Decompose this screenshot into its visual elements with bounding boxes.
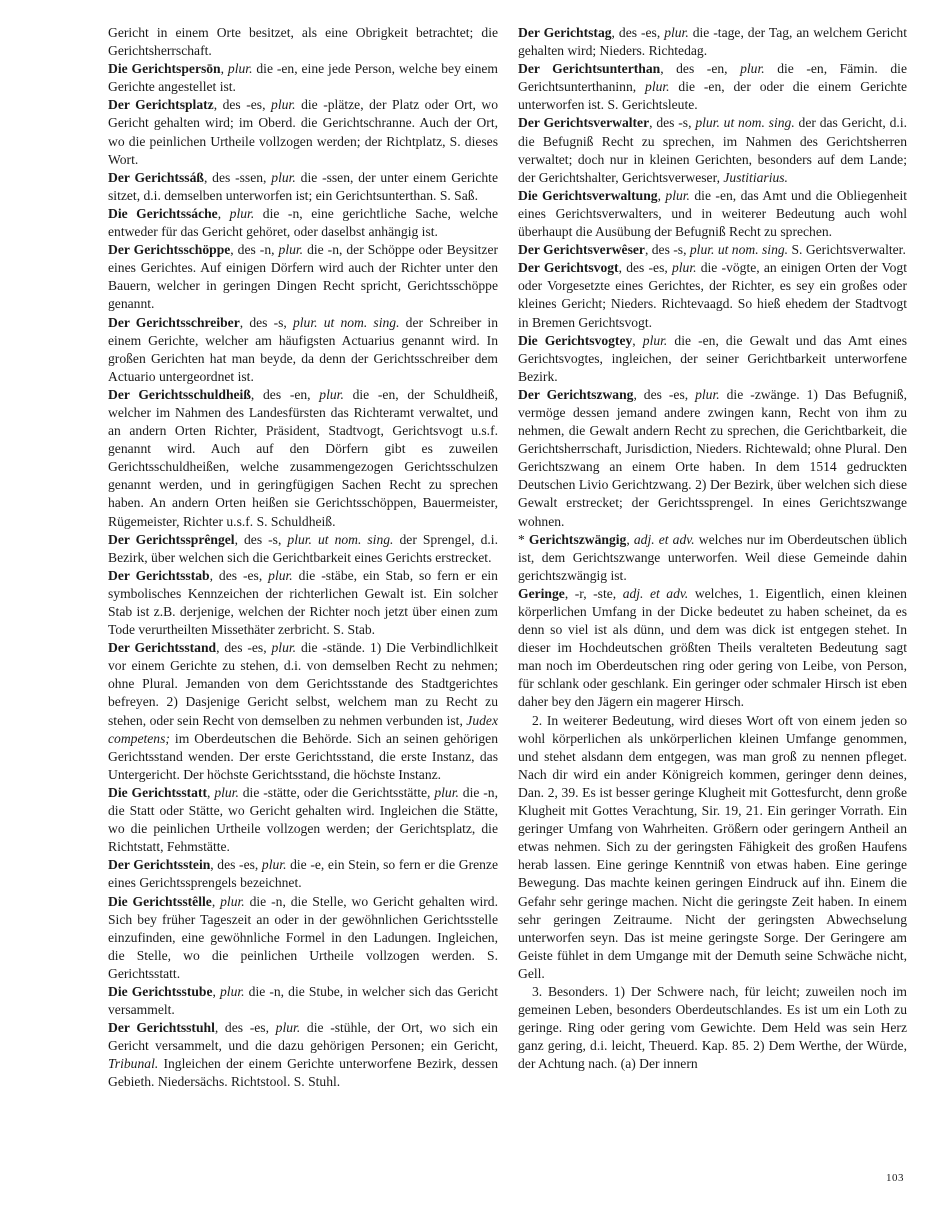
dictionary-entry: Der Gerichtstag, des -es, plur. die -tag…	[518, 24, 907, 60]
grammar-note: plur.	[740, 61, 765, 76]
dictionary-entry: 2. In weiterer Bedeutung, wird dieses Wo…	[518, 712, 907, 983]
grammar-note: plur. ut nom. sing.	[695, 115, 794, 130]
entry-separator: ,	[213, 984, 220, 999]
definition-text: S. Gerichtsverwalter.	[788, 242, 906, 257]
entry-separator: , des -es,	[214, 97, 271, 112]
dictionary-entry: Die Gerichtspersōn, plur. die -en, eine …	[108, 60, 498, 96]
entry-separator: , des -es,	[210, 568, 269, 583]
headword: Die Gerichtsvogtey	[518, 333, 632, 348]
grammar-note: adj. et adv.	[623, 586, 689, 601]
headword: Der Gerichtssáß	[108, 170, 204, 185]
definition-text: welches, 1. Eigentlich, einen kleinen kö…	[518, 586, 907, 710]
headword: Der Gerichtsverwêser	[518, 242, 645, 257]
entry-separator: , des -s,	[235, 532, 288, 547]
dictionary-entry: Der Gerichtsstein, des -es, plur. die -e…	[108, 856, 498, 892]
headword: Der Gerichtsverwalter	[518, 115, 649, 130]
grammar-note: plur.	[672, 260, 697, 275]
headword: Die Gerichtssáche	[108, 206, 218, 221]
grammar-note: plur.	[645, 79, 670, 94]
grammar-note: plur.	[230, 206, 255, 221]
page-number: 103	[886, 1172, 904, 1184]
entry-separator: , des -es,	[216, 640, 271, 655]
right-column: Der Gerichtstag, des -es, plur. die -tag…	[518, 24, 907, 1073]
grammar-note: plur.	[279, 242, 304, 257]
dictionary-entry: Der Gerichtsverwalter, des -s, plur. ut …	[518, 114, 907, 186]
definition-text: Gericht in einem Orte besitzet, als eine…	[108, 25, 498, 58]
headword: Geringe	[518, 586, 565, 601]
headword: Der Gerichtsstab	[108, 568, 210, 583]
dictionary-entry: Der Gerichtssprêngel, des -s, plur. ut n…	[108, 531, 498, 567]
grammar-note: plur.	[262, 857, 287, 872]
dictionary-entry: Die Gerichtsverwaltung, plur. die -en, d…	[518, 187, 907, 241]
headword: Der Gerichtsschöppe	[108, 242, 230, 257]
definition-text: die -en, der Schuldheiß, welcher im Nahm…	[108, 387, 498, 529]
grammar-note: plur. ut nom. sing.	[293, 315, 400, 330]
entry-separator: , des -es,	[210, 857, 262, 872]
grammar-note: plur.	[643, 333, 668, 348]
headword: Der Gerichtsschreiber	[108, 315, 240, 330]
grammar-note: plur.	[228, 61, 253, 76]
left-column: Gericht in einem Orte besitzet, als eine…	[108, 24, 498, 1092]
entry-separator: , des -s,	[645, 242, 690, 257]
dictionary-entry: Die Gerichtsstêlle, plur. die -n, die St…	[108, 893, 498, 983]
entry-separator: ,	[221, 61, 228, 76]
headword: Der Gerichtsschuldheiß	[108, 387, 251, 402]
grammar-note: plur.	[664, 25, 689, 40]
grammar-note: plur. ut nom. sing.	[287, 532, 393, 547]
grammar-note: plur.	[220, 984, 245, 999]
definition-text: die -zwänge. 1) Das Befugniß, vermöge de…	[518, 387, 907, 529]
dictionary-entry: Der Gerichtsvogt, des -es, plur. die -vö…	[518, 259, 907, 331]
headword: Der Gerichtsstein	[108, 857, 210, 872]
grammar-note: Tribunal.	[108, 1056, 158, 1071]
headword: Der Gerichtsvogt	[518, 260, 619, 275]
grammar-note: plur.	[271, 97, 296, 112]
entry-separator: , des -s,	[649, 115, 695, 130]
definition-text: Ingleichen der einem Gerichte unterworfe…	[108, 1056, 498, 1089]
dictionary-entry: Der Gerichtsunterthan, des -en, plur. di…	[518, 60, 907, 114]
headword: Gerichtszwängig	[529, 532, 626, 547]
entry-separator: ,	[218, 206, 230, 221]
grammar-note: plur.	[319, 387, 344, 402]
entry-separator: , des -es,	[633, 387, 695, 402]
dictionary-entry: Der Gerichtsstab, des -es, plur. die -st…	[108, 567, 498, 639]
entry-separator: , des -en,	[660, 61, 740, 76]
entry-separator: , des -es,	[215, 1020, 276, 1035]
dictionary-entry: Geringe, -r, -ste, adj. et adv. welches,…	[518, 585, 907, 712]
entry-separator: ,	[212, 894, 220, 909]
dictionary-entry: Der Gerichtsschuldheiß, des -en, plur. d…	[108, 386, 498, 531]
headword: Die Gerichtsverwaltung	[518, 188, 658, 203]
dictionary-entry: Der Gerichtsschreiber, des -s, plur. ut …	[108, 314, 498, 386]
entry-separator: , -r, -ste,	[565, 586, 623, 601]
headword: Die Gerichtsstatt	[108, 785, 207, 800]
dictionary-entry: 3. Besonders. 1) Der Schwere nach, für l…	[518, 983, 907, 1073]
dictionary-entry: Der Gerichtssáß, des -ssen, plur. die -s…	[108, 169, 498, 205]
dictionary-entry: Der Gerichtsschöppe, des -n, plur. die -…	[108, 241, 498, 313]
entry-separator: , des -en,	[251, 387, 319, 402]
headword: Der Gerichtsstand	[108, 640, 216, 655]
grammar-note: plur.	[276, 1020, 301, 1035]
grammar-note: plur.	[665, 188, 690, 203]
grammar-note: plur.	[271, 170, 296, 185]
headword: Die Gerichtsstêlle	[108, 894, 212, 909]
headword: Der Gerichtssprêngel	[108, 532, 235, 547]
grammar-note: plur.	[272, 640, 297, 655]
dictionary-entry: Die Gerichtssáche, plur. die -n, eine ge…	[108, 205, 498, 241]
headword: Der Gerichtstag	[518, 25, 612, 40]
entry-separator: , des -es,	[619, 260, 672, 275]
dictionary-entry: Der Gerichtszwang, des -es, plur. die -z…	[518, 386, 907, 531]
definition-text: die -stätte, oder die Gerichtsstätte,	[239, 785, 434, 800]
grammar-note: plur. ut nom. sing.	[690, 242, 788, 257]
headword: Die Gerichtspersōn	[108, 61, 221, 76]
definition-text: 3. Besonders. 1) Der Schwere nach, für l…	[518, 984, 907, 1071]
dictionary-entry: Die Gerichtsvogtey, plur. die -en, die G…	[518, 332, 907, 386]
dictionary-entry: Gericht in einem Orte besitzet, als eine…	[108, 24, 498, 60]
definition-text: 2. In weiterer Bedeutung, wird dieses Wo…	[518, 713, 907, 981]
headword: Der Gerichtsunterthan	[518, 61, 660, 76]
dictionary-entry: Die Gerichtsstube, plur. die -n, die Stu…	[108, 983, 498, 1019]
grammar-note: adj. et adv.	[634, 532, 695, 547]
headword: Die Gerichtsstube	[108, 984, 213, 999]
entry-separator: , des -s,	[240, 315, 293, 330]
headword: Der Gerichtsplatz	[108, 97, 214, 112]
dictionary-entry: Der Gerichtsstand, des -es, plur. die -s…	[108, 639, 498, 784]
grammar-note: plur.	[214, 785, 239, 800]
dictionary-entry: Die Gerichtsstatt, plur. die -stätte, od…	[108, 784, 498, 856]
entry-prefix: *	[518, 532, 529, 547]
entry-separator: , des -n,	[230, 242, 278, 257]
grammar-note: Justitiarius.	[723, 170, 788, 185]
headword: Der Gerichtsstuhl	[108, 1020, 215, 1035]
dictionary-entry: Der Gerichtsplatz, des -es, plur. die -p…	[108, 96, 498, 168]
dictionary-entry: Der Gerichtsverwêser, des -s, plur. ut n…	[518, 241, 907, 259]
grammar-note: plur.	[434, 785, 459, 800]
headword: Der Gerichtszwang	[518, 387, 633, 402]
dictionary-entry: * Gerichtszwängig, adj. et adv. welches …	[518, 531, 907, 585]
grammar-note: plur.	[695, 387, 720, 402]
entry-separator: , des -ssen,	[204, 170, 271, 185]
entry-separator: , des -es,	[612, 25, 665, 40]
entry-separator: ,	[626, 532, 634, 547]
dictionary-entry: Der Gerichtsstuhl, des -es, plur. die -s…	[108, 1019, 498, 1091]
entry-separator: ,	[632, 333, 642, 348]
grammar-note: plur.	[268, 568, 293, 583]
grammar-note: plur.	[220, 894, 245, 909]
